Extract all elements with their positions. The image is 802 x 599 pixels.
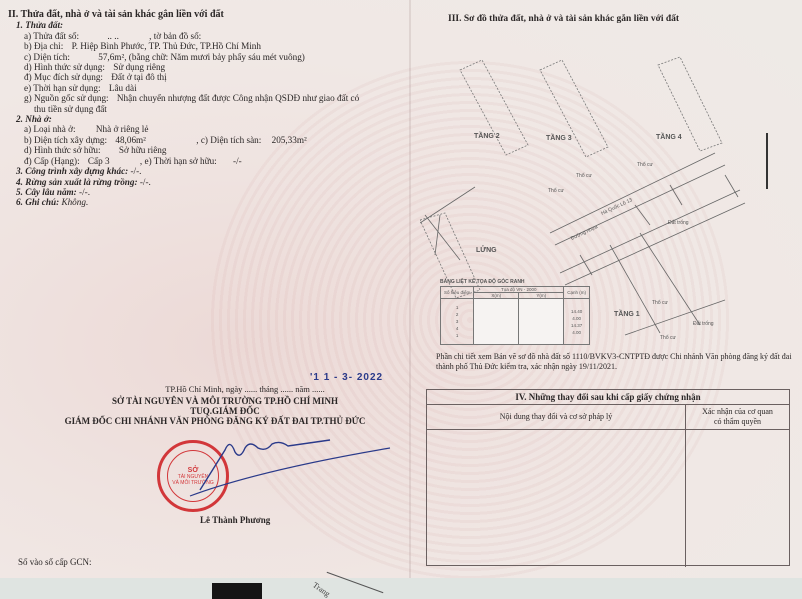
on-behalf-line: TUQ.GIÁM ĐỐC [40, 406, 410, 416]
floor-label-4: TẦNG 4 [656, 134, 682, 141]
coord-table-title: BẢNG LIỆT KÊ TỌA ĐỘ GÓC RANH [440, 279, 525, 285]
signer-name: Lê Thành Phương [200, 515, 270, 525]
use-form-row: d) Hình thức sử dụng: Sử dụng riêng [24, 62, 408, 72]
desk-surface [0, 578, 802, 599]
origin-row: g) Nguồn gốc sử dụng: Nhận chuyển nhượng… [24, 93, 408, 103]
coord-x-redacted [474, 299, 519, 345]
map-label-residential: Thổ cư [660, 335, 676, 341]
floor-label-3: TẦNG 3 [546, 135, 572, 142]
origin-row-cont: thu tiền sử dụng đất [34, 104, 408, 114]
floor-label-mezzanine: LỬNG [476, 247, 497, 254]
map-label-residential: Thổ cư [576, 173, 592, 179]
section-iv-title: IV. Những thay đổi sau khi cấp giấy chứn… [427, 390, 789, 405]
area-row: c) Diện tích: 57,6m², (bằng chữ: Năm mươ… [24, 52, 408, 62]
col-change-content: Nội dung thay đổi và cơ sở pháp lý [427, 405, 686, 429]
col-authority-confirmation: Xác nhận của cơ quan có thẩm quyền [686, 405, 789, 429]
section-ii-title: II. Thửa đất, nhà ở và tài sản khác gắn … [8, 10, 408, 20]
term-row: e) Thời hạn sử dụng: Lâu dài [24, 83, 408, 93]
floor-label-1: TẦNG 1 [614, 311, 640, 318]
signature-block: '1 1 - 3- 2022 TP.Hồ Chí Minh, ngày ....… [0, 384, 410, 426]
certificate-page: II. Thửa đất, nhà ở và tài sản khác gắn … [0, 0, 802, 578]
change-content-cell [427, 430, 686, 567]
map-label-empty-land: Đất trống [693, 321, 714, 327]
changes-table-header: Nội dung thay đổi và cơ sở pháp lý Xác n… [427, 405, 789, 430]
floor-label-2: TẦNG 2 [474, 133, 500, 140]
house-heading: 2. Nhà ở: [16, 114, 408, 124]
house-type-row: a) Loại nhà ở: Nhà ở riêng lẻ [24, 124, 408, 134]
parcel-number-row: a) Thửa đất số: .. .. , tờ bản đồ số: [24, 31, 408, 41]
ownership-row: d) Hình thức sở hữu: Sở hữu riêng [24, 145, 408, 155]
changes-table: IV. Những thay đổi sau khi cấp giấy chứn… [426, 389, 790, 566]
changes-table-body [427, 430, 789, 567]
grade-row: đ) Cấp (Hạng): Cấp 3 , e) Thời hạn sở hữ… [24, 156, 408, 166]
purpose-row: đ) Mục đích sử dụng: Đất ở tại đô thị [24, 72, 408, 82]
city-date-line: '1 1 - 3- 2022 TP.Hồ Chí Minh, ngày ....… [80, 384, 410, 394]
issuing-organization: SỞ TÀI NGUYÊN VÀ MÔI TRƯỜNG TP.HỒ CHÍ MI… [40, 396, 410, 406]
coord-edges: 14.40 4.00 14.37 4.00 [564, 299, 590, 345]
gcn-register-label: Số vào sổ cấp GCN: [18, 557, 92, 567]
section-iii-title: III. Sơ đồ thửa đất, nhà ở và tài sản kh… [448, 14, 679, 24]
section-ii: II. Thửa đất, nhà ở và tài sản khác gắn … [8, 10, 408, 208]
built-area-row: b) Diện tích xây dựng: 48,06m² , c) Diện… [24, 135, 408, 145]
map-label-residential: Thổ cư [652, 300, 668, 306]
dark-object [212, 583, 262, 599]
drawing-reference-note: Phần chi tiết xem Bản vẽ sơ đồ nhà đất s… [436, 352, 796, 372]
plantation-forest-row: 4. Rừng sản xuất là rừng trồng: -/-. [16, 177, 408, 187]
map-label-residential: Thổ cư [548, 188, 564, 194]
director-title: GIÁM ĐỐC CHI NHÁNH VĂN PHÒNG ĐĂNG KÝ ĐẤT… [20, 416, 410, 426]
north-arrow-icon [766, 133, 768, 189]
coord-points: 1 2 3 4 1 [441, 299, 474, 345]
map-label-empty-land: Đất trống [668, 220, 689, 226]
perennial-trees-row: 5. Cây lâu năm: -/-. [16, 187, 408, 197]
stamp-date: '1 1 - 3- 2022 [310, 372, 383, 383]
other-construction-row: 3. Công trình xây dựng khác: -/-. [16, 166, 408, 176]
coord-y-redacted [519, 299, 564, 345]
land-heading: 1. Thửa đất: [16, 20, 408, 30]
address-row: b) Địa chỉ: P. Hiệp Bình Phước, TP. Thủ … [24, 41, 408, 51]
map-label-residential: Thổ cư [637, 162, 653, 168]
page-fold [409, 0, 411, 578]
handwritten-signature [180, 430, 400, 500]
notes-row: 6. Ghi chú: Không. [16, 197, 408, 207]
coord-table: Số hiệu điểm Tọa độ VN - 2000 Cạnh (m) X… [440, 286, 590, 345]
